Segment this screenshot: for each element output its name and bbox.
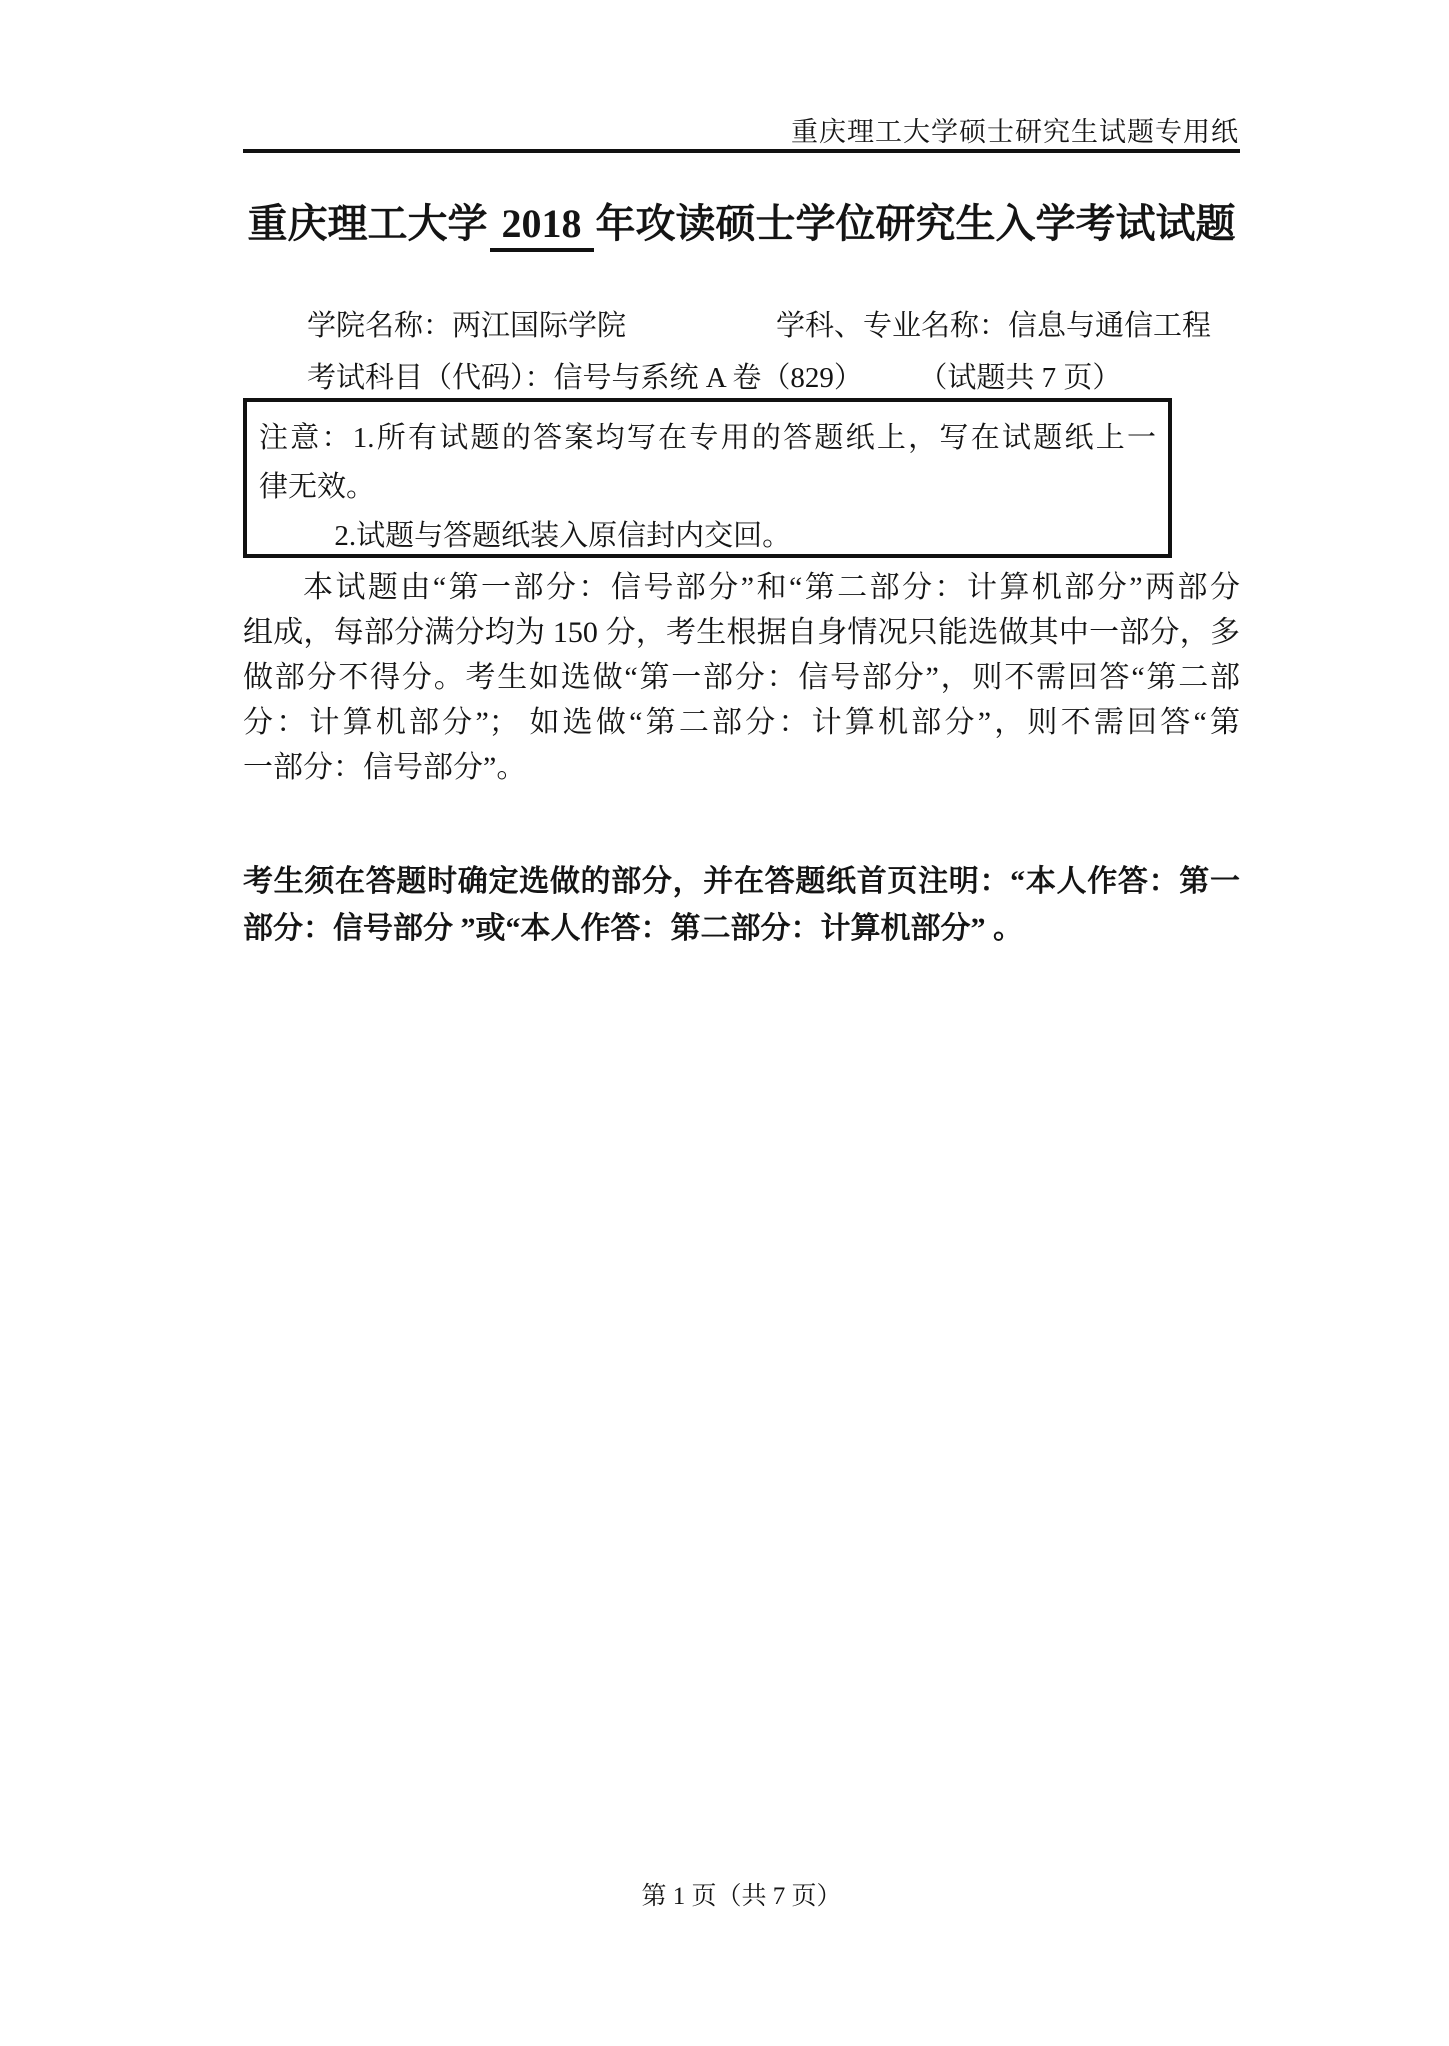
school-field: 学院名称：两江国际学院	[243, 303, 626, 344]
notice-box: 注意：1.所有试题的答案均写在专用的答题纸上，写在试题纸上一 律无效。 2.试题…	[243, 398, 1172, 558]
instructions-line: 组成，每部分满分均为 150 分，考生根据自身情况只能选做其中一部分，多	[243, 610, 1240, 655]
instructions-line: 做部分不得分。考生如选做“第一部分：信号部分”，则不需回答“第二部	[243, 655, 1240, 700]
major-field: 学科、专业名称：信息与通信工程	[776, 303, 1211, 344]
subject-field: 考试科目（代码）：信号与系统 A 卷（829）（试题共 7 页）	[243, 355, 1121, 396]
subject-value: 信号与系统 A 卷（829）	[554, 362, 863, 394]
header-rule	[243, 149, 1240, 153]
exam-paper-page: 重庆理工大学硕士研究生试题专用纸 重庆理工大学2018年攻读硕士学位研究生入学考…	[0, 0, 1449, 2046]
stationery-header: 重庆理工大学硕士研究生试题专用纸	[791, 110, 1239, 149]
exam-title-suffix: 年攻读硕士学位研究生入学考试试题	[596, 202, 1236, 246]
instructions-line: 一部分：信号部分”。	[243, 745, 1240, 790]
meta-line-subject: 考试科目（代码）：信号与系统 A 卷（829）（试题共 7 页）	[243, 355, 1240, 396]
major-value: 信息与通信工程	[1008, 310, 1211, 342]
exam-title: 重庆理工大学2018年攻读硕士学位研究生入学考试试题	[243, 192, 1240, 252]
pages-count-note: （试题共 7 页）	[933, 362, 1122, 394]
instructions-line: 分：计算机部分”； 如选做“第二部分：计算机部分”，则不需回答“第	[243, 700, 1240, 745]
major-label: 学科、专业名称：	[776, 310, 1008, 342]
page-footer: 第 1 页（共 7 页）	[243, 1876, 1240, 1912]
notice-line: 律无效。	[259, 463, 1156, 512]
exam-title-year: 2018	[490, 200, 594, 252]
emphasis-line: 部分：信号部分 ”或“本人作答：第二部分：计算机部分” 。	[243, 905, 1240, 952]
school-value: 两江国际学院	[452, 310, 626, 342]
emphasis-line: 考生须在答题时确定选做的部分，并在答题纸首页注明：“本人作答：第一	[243, 858, 1240, 905]
meta-line-school-major: 学院名称：两江国际学院 学科、专业名称：信息与通信工程	[243, 303, 1240, 344]
instructions-line: 本试题由“第一部分：信号部分”和“第二部分：计算机部分”两部分	[243, 565, 1240, 610]
notice-line: 注意：1.所有试题的答案均写在专用的答题纸上，写在试题纸上一	[259, 414, 1156, 463]
subject-label: 考试科目（代码）：	[307, 362, 554, 394]
school-label: 学院名称：	[307, 310, 452, 342]
instructions-paragraph: 本试题由“第一部分：信号部分”和“第二部分：计算机部分”两部分 组成，每部分满分…	[243, 565, 1240, 790]
exam-title-prefix: 重庆理工大学	[248, 202, 488, 246]
notice-line: 2.试题与答题纸装入原信封内交回。	[259, 512, 1156, 561]
emphasis-paragraph: 考生须在答题时确定选做的部分，并在答题纸首页注明：“本人作答：第一 部分：信号部…	[243, 858, 1240, 952]
